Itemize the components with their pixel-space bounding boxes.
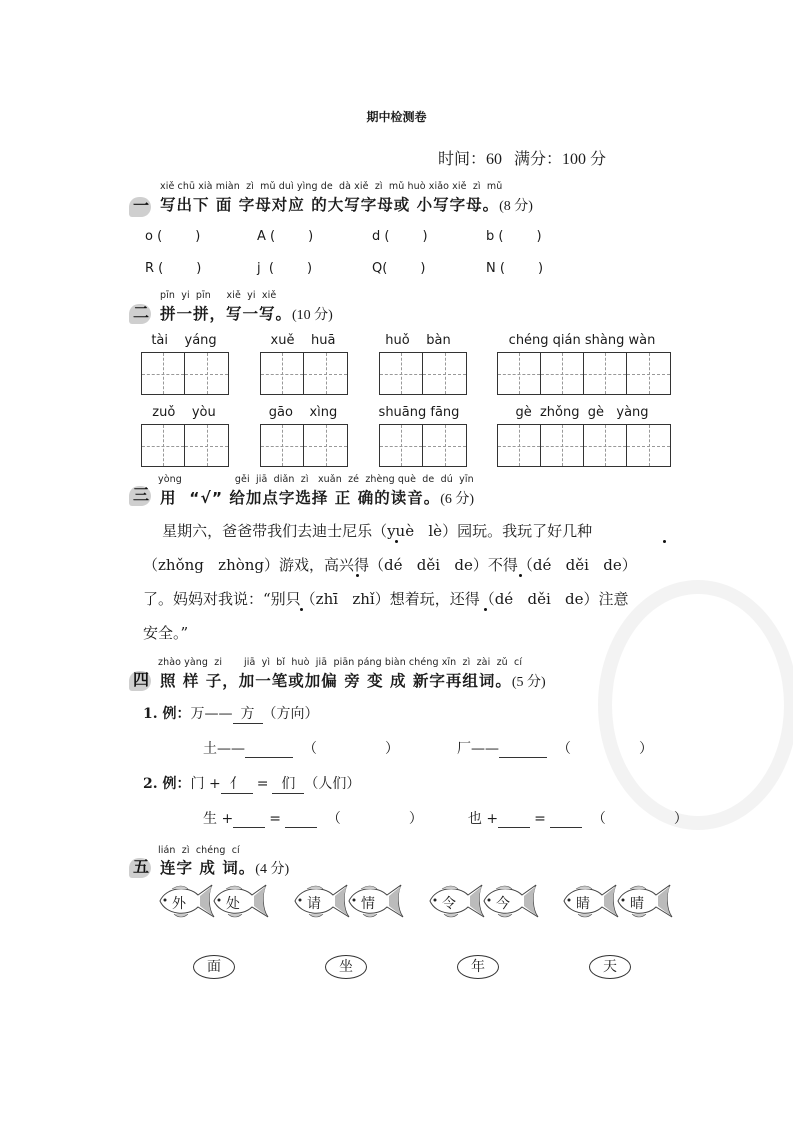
oval-char[interactable]: 年 xyxy=(457,955,499,979)
oval-char[interactable]: 坐 xyxy=(325,955,367,979)
fish-char[interactable]: 请 xyxy=(307,893,321,913)
fish-char[interactable]: 外 xyxy=(172,893,186,913)
fish-decorations xyxy=(0,0,793,1122)
fish-char[interactable]: 令 xyxy=(442,893,456,913)
fish-char[interactable]: 处 xyxy=(226,893,240,913)
fish-char[interactable]: 情 xyxy=(361,893,375,913)
fish-char[interactable]: 睛 xyxy=(576,893,590,913)
fish-char[interactable]: 晴 xyxy=(630,893,644,913)
fish-char[interactable]: 今 xyxy=(496,893,510,913)
oval-char[interactable]: 面 xyxy=(193,955,235,979)
oval-char[interactable]: 天 xyxy=(589,955,631,979)
